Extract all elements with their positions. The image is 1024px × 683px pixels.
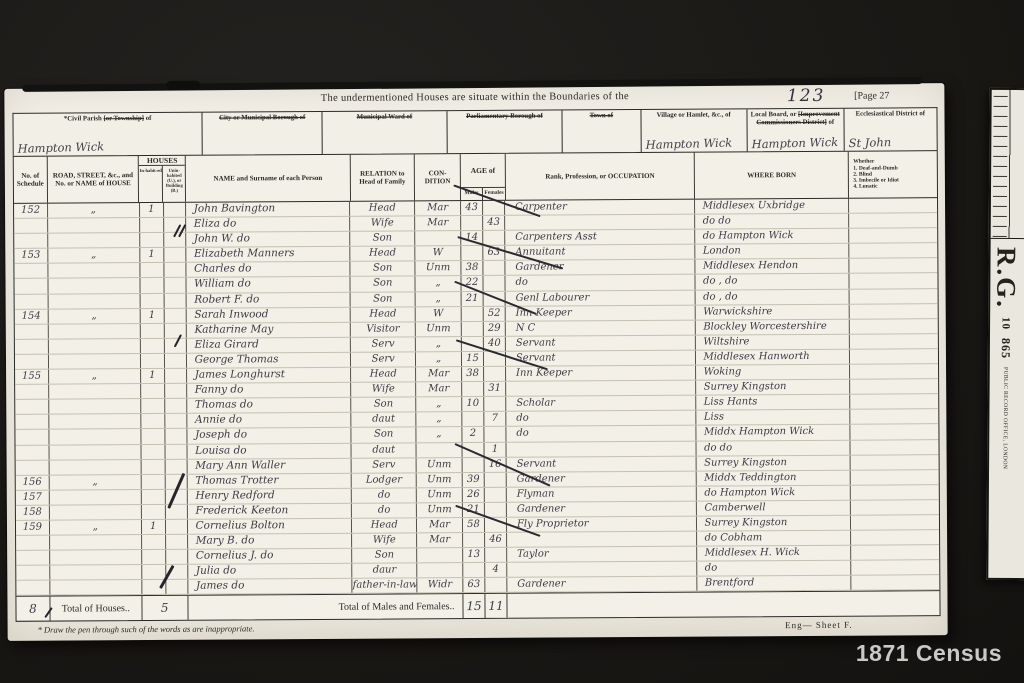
cell-name: Joseph do [187,428,352,443]
cell-inhabited [140,233,164,247]
cell-age-males: 2 [462,427,484,441]
cell-occupation [507,562,697,577]
cell-name: Mary Ann Waller [187,458,352,473]
cell-relation: Son [351,262,416,276]
total-males-females-label: Total of Males and Females.. [188,595,464,621]
district-box: Municipal Ward of [323,111,448,154]
cell-age-females [485,548,507,562]
cell-infirmity [850,259,938,274]
cell-age-males [463,533,485,547]
cell-born: Middx Teddington [696,470,851,485]
district-box-label: Municipal Ward of [326,113,444,121]
footnote: * Draw the pen through such of the words… [38,624,255,635]
cell-age-males [463,458,485,472]
cell-inhabited [142,565,166,579]
cell-infirmity [850,394,938,409]
cell-age-females: 29 [484,322,506,336]
district-box: Parliamentary Borough of [447,110,563,153]
cell-schedule [15,430,49,444]
cell-condition: „ [416,337,462,351]
col-header-condition: CON-DITION [415,154,461,200]
cell-road [49,445,141,460]
cell-schedule [15,339,49,353]
cell-age-males [462,322,484,336]
cell-infirmity [851,515,939,530]
cell-relation: do [352,488,417,502]
cell-age-females [483,231,505,245]
cell-infirmity [850,274,938,289]
cell-schedule [15,294,49,308]
cell-uninhabited [164,278,186,292]
cell-road [48,233,140,248]
cell-schedule: 153 [14,249,48,263]
cell-road [48,218,140,233]
cell-schedule [16,566,50,580]
cell-inhabited: 1 [142,520,166,534]
archive-reference-strip: R.G. 10 865 PUBLIC RECORD OFFICE, LONDON [986,88,1024,580]
cell-age-males [462,382,484,396]
cell-condition: W [416,307,462,321]
cell-relation: father-in-law [353,579,418,593]
cell-uninhabited [165,384,187,398]
cell-relation: Son [352,428,417,442]
cell-condition: „ [416,292,462,306]
district-box-value: Hampton Wick [645,136,732,152]
cell-age-males: 10 [462,397,484,411]
cell-road [49,399,141,414]
district-box-value: Hampton Wick [18,139,105,155]
district-boxes: *Civil Parish [or Township] ofHampton Wi… [12,107,937,156]
cell-relation: Son [351,292,416,306]
cell-relation: Head [351,367,416,381]
district-box-label: *Civil Parish [or Township] of [16,115,198,124]
cell-schedule [15,415,49,429]
cell-born: London [695,244,850,259]
cell-schedule [15,355,49,369]
cell-occupation: Gardener [507,577,697,592]
cell-born: do Hampton Wick [695,229,850,244]
cell-schedule: 156 [16,475,50,489]
cell-born: Middx Hampton Wick [696,425,851,440]
cell-occupation: Flyman [507,486,697,501]
cell-schedule [16,445,50,459]
cell-born: do do [695,214,850,229]
cell-age-females [485,473,507,487]
cell-name: George Thomas [187,353,352,368]
cell-born: Wiltshire [695,335,850,350]
cell-condition: „ [416,352,462,366]
cell-infirmity [849,243,937,258]
cell-road [50,460,142,475]
cell-inhabited [142,535,166,549]
cell-infirmity [851,545,939,560]
district-box: Local Board, or [Improvement Commissione… [747,109,844,152]
cell-condition [417,548,463,562]
district-box: Town of [563,110,642,152]
page-label: [Page 27 [854,90,889,101]
cell-infirmity [850,379,938,394]
cell-age-females: 46 [485,533,507,547]
cell-schedule: 159 [16,521,50,535]
cell-name: James do [188,579,353,594]
archive-series: 10 [1000,317,1012,330]
cell-age-males: 38 [462,367,484,381]
district-box: City or Municipal Borough of [203,112,323,155]
cell-uninhabited [164,248,186,262]
cell-inhabited [142,505,166,519]
cell-occupation: Gardener [507,502,697,517]
col-header-born: WHERE BORN [695,152,850,199]
cell-road: „ [48,203,140,218]
col-header-uninhabited: Unin-habited (U.), or Building (B.) [163,166,185,202]
cell-infirmity [850,364,938,379]
cell-name: Louisa do [187,443,352,458]
cell-inhabited [140,278,164,292]
cell-infirmity [851,409,939,424]
cell-road [48,279,140,294]
cell-inhabited [141,475,165,489]
folio-number: 123 [787,86,826,106]
cell-condition: Mar [416,382,462,396]
cell-inhabited: 1 [140,248,164,262]
cell-condition: Mar [415,201,461,215]
cell-schedule [16,581,50,595]
cell-uninhabited [165,444,187,458]
column-header-row: No. of Schedule ROAD, STREET, &c., and N… [14,151,937,204]
total-houses-label: Total of Houses.. [50,596,142,621]
cell-born: do , do [695,274,850,289]
cell-born: Brentford [697,576,852,591]
cell-road [50,550,142,565]
cell-born: Middlesex Hanworth [695,350,850,365]
district-box-label: Local Board, or [Improvement Commissione… [750,111,840,127]
cell-relation: Serv [352,458,417,472]
cell-schedule: 157 [16,490,50,504]
cell-inhabited: 1 [141,369,165,383]
cell-infirmity [850,319,938,334]
cell-schedule: 158 [16,505,50,519]
cell-name: Thomas do [187,398,352,413]
cell-age-males: 39 [463,473,485,487]
cell-born: Liss Hants [696,395,851,410]
cell-schedule [15,385,49,399]
image-caption: 1871 Census [856,640,1002,667]
cell-age-females [483,261,505,275]
cell-inhabited [141,414,165,428]
col-header-houses: HOUSES [139,156,185,166]
cell-condition: Unm [417,488,463,502]
cell-relation: Son [350,232,415,246]
cell-schedule [16,536,50,550]
cell-age-females [483,276,505,290]
cell-condition [417,563,463,577]
cell-infirmity [851,530,939,545]
cell-relation: daut [352,413,417,427]
cell-uninhabited [166,580,188,594]
cell-infirmity [850,304,938,319]
cell-condition: Unm [417,473,463,487]
cell-name: Annie do [187,413,352,428]
cell-road: „ [49,369,141,384]
cell-occupation [506,441,696,456]
cell-age-males: 26 [463,488,485,502]
cell-inhabited [141,429,165,443]
col-header-name: NAME and Surname of each Person [186,155,350,202]
cell-name: Charles do [186,262,351,277]
cell-name: Eliza do [186,217,351,232]
col-header-inhabited: In-habit-ed [139,166,163,202]
cell-inhabited [141,354,165,368]
cell-age-males [461,246,483,260]
cell-relation: do [352,503,417,517]
cell-condition: Widr [417,578,463,592]
cell-name: James Longhurst [187,368,352,383]
ruler-scale [991,90,1024,239]
cell-born: Middlesex Hendon [695,259,850,274]
district-box-label: City or Municipal Borough of [206,114,319,122]
cell-inhabited [140,324,164,338]
total-females: 11 [485,594,507,618]
cell-road [49,324,141,339]
cell-age-females [484,397,506,411]
cell-born: Middlesex H. Wick [697,546,852,561]
cell-occupation: Genl Labourer [506,290,696,305]
cell-age-males: 21 [462,292,484,306]
cell-inhabited [140,293,164,307]
cell-schedule [14,264,48,278]
cell-road [49,429,141,444]
cell-infirmity [849,213,937,228]
cell-occupation: do [505,275,695,290]
cell-infirmity [851,560,939,575]
col-header-age-group: AGE of Males Females [461,154,506,200]
cell-born: do Hampton Wick [696,485,851,500]
cell-age-males: 43 [461,201,483,215]
cell-relation: Son [351,277,416,291]
cell-relation: Head [351,307,416,321]
cell-born: do , do [695,289,850,304]
cell-uninhabited [164,293,186,307]
cell-age-females [485,503,507,517]
cell-infirmity [849,228,937,243]
cell-relation: Wife [352,533,417,547]
cell-born: Surrey Kingston [696,380,851,395]
cell-born: do do [696,440,851,455]
col-header-houses-group: HOUSES In-habit-ed Unin-habited (U.), or… [139,156,186,202]
cell-name: Fanny do [187,383,352,398]
cell-born: Surrey Kingston [696,455,851,470]
cell-schedule [14,279,48,293]
cell-schedule [15,324,49,338]
cell-occupation: do [506,426,696,441]
cell-relation: Son [352,549,417,563]
district-box-label: Parliamentary Borough of [450,112,558,120]
cell-age-males: 58 [463,518,485,532]
cell-condition: Mar [416,367,462,381]
cell-relation: Son [351,398,416,412]
cell-age-females: 31 [484,382,506,396]
cell-schedule: 155 [15,370,49,384]
cell-relation: Visitor [351,322,416,336]
cell-occupation [505,215,695,230]
cell-relation: Serv [351,337,416,351]
cell-uninhabited [165,429,187,443]
cell-infirmity [852,576,940,591]
cell-occupation: N C [506,320,696,335]
cell-name: Julia do [188,564,353,579]
cell-road [50,565,142,580]
cell-uninhabited [164,324,186,338]
cell-infirmity [851,500,939,515]
cell-schedule [16,460,50,474]
cell-road: „ [50,475,142,490]
cell-road [49,384,141,399]
cell-occupation: Carpenters Asst [505,230,695,245]
cell-condition: „ [417,427,463,441]
cell-age-males: 38 [461,261,483,275]
cell-uninhabited [165,399,187,413]
cell-road [50,490,142,505]
cell-occupation: Fly Proprietor [507,517,697,532]
cell-relation: Head [350,201,415,215]
cell-condition [415,231,461,245]
cell-infirmity [851,470,939,485]
cell-infirmity [851,425,939,440]
cell-schedule [15,400,49,414]
cell-born: Surrey Kingston [696,516,851,531]
district-box-value: St John [848,135,891,150]
cell-inhabited [141,444,165,458]
total-empty-cell [507,592,939,619]
cell-infirmity [851,455,939,470]
archive-piece: 865 [998,338,1013,359]
cell-relation: Head [351,247,416,261]
cell-born: Middlesex Uxbridge [695,199,850,214]
cell-uninhabited [166,550,188,564]
cell-age-females [484,367,506,381]
cell-infirmity [850,289,938,304]
cell-inhabited: 1 [140,309,164,323]
cell-relation: Lodger [352,473,417,487]
cell-occupation: Inn Keeper [506,366,696,381]
cell-condition: Mar [417,518,463,532]
cell-uninhabited [165,369,187,383]
cell-relation: Head [352,518,417,532]
cell-condition: „ [416,277,462,291]
census-table: No. of Schedule ROAD, STREET, &c., and N… [13,150,941,622]
cell-age-females [484,427,506,441]
cell-inhabited [141,490,165,504]
cell-born: Warwickshire [695,304,850,319]
cell-schedule [14,234,48,248]
archive-rg-label: R.G. [990,247,1021,309]
cell-road [48,294,140,309]
cell-age-males [463,563,485,577]
district-box-label: Town of [566,112,637,120]
cell-name: Cornelius Bolton [188,519,353,534]
cell-age-females: 52 [484,306,506,320]
cell-inhabited [141,384,165,398]
cell-relation: daut [352,443,417,457]
col-header-age: AGE of [461,154,505,187]
col-header-schedule: No. of Schedule [14,157,48,203]
cell-age-females [485,578,507,592]
cell-age-males [462,307,484,321]
cell-age-females: 43 [483,216,505,230]
cell-occupation: Gardener [505,260,695,275]
cell-name: Eliza Girard [186,338,351,353]
cell-born: Liss [696,410,851,425]
district-box: *Civil Parish [or Township] ofHampton Wi… [13,113,202,156]
cell-condition: „ [416,412,462,426]
cell-road [49,414,141,429]
cell-schedule: 152 [14,204,48,218]
cell-infirmity [851,440,939,455]
cell-infirmity [850,349,938,364]
cell-relation: Wife [351,382,416,396]
cell-infirmity [851,485,939,500]
cell-relation: daur [353,564,418,578]
district-box: Ecclesiastical District ofSt John [844,108,937,151]
cell-condition: „ [416,397,462,411]
cell-name: Frederick Keeton [187,504,352,519]
cell-occupation: Servant [506,336,696,351]
cell-age-males [462,412,484,426]
cell-relation: Wife [350,216,415,230]
cell-inhabited [141,339,165,353]
cell-condition: Mar [415,216,461,230]
cell-name: Henry Redford [187,489,352,504]
col-header-occupation: Rank, Profession, or OCCUPATION [506,153,695,200]
sheet-label: Eng— Sheet F. [785,620,853,630]
cell-name: Mary B. do [188,534,353,549]
cell-age-males: 63 [463,578,485,592]
cell-road [49,339,141,354]
cell-condition: Mar [417,533,463,547]
cell-occupation: Taylor [507,547,697,562]
cell-age-females: 1 [484,442,506,456]
cell-uninhabited [164,263,186,277]
cell-inhabited [141,399,165,413]
total-males: 15 [463,594,485,618]
cell-condition: Unm [416,261,462,275]
total-houses-value: 5 [142,596,188,620]
cell-uninhabited [165,414,187,428]
cell-schedule [16,551,50,565]
cell-road: „ [50,520,142,535]
cell-age-females [485,488,507,502]
cell-age-females: 7 [484,412,506,426]
cell-relation: Serv [351,352,416,366]
cell-road [50,535,142,550]
cell-inhabited [141,459,165,473]
cell-schedule: 154 [15,309,49,323]
cell-uninhabited [164,308,186,322]
cell-inhabited [140,218,164,232]
cell-age-males: 15 [462,352,484,366]
cell-name: Cornelius J. do [188,549,353,564]
cell-born: do [697,561,852,576]
cell-road [49,354,141,369]
cell-occupation: do [506,411,696,426]
cell-name: Robert F. do [186,292,351,307]
cell-age-males [461,216,483,230]
cell-uninhabited [164,203,186,217]
cell-road [48,263,140,278]
cell-schedule [14,219,48,233]
cell-occupation: Scholar [506,396,696,411]
cell-name: John Bavington [186,202,351,217]
